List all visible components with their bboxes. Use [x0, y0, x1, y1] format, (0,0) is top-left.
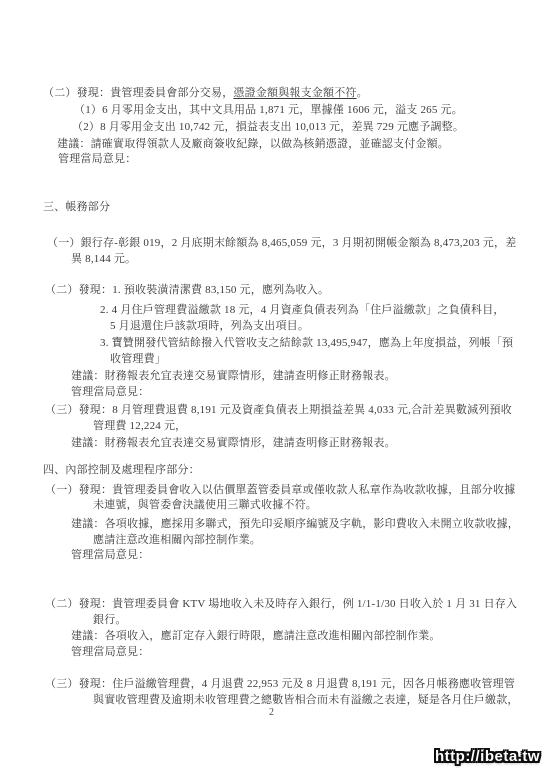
text-segment: 建議：財務報表允宜表達交易實際情形，建請查明修正財務報表。	[71, 370, 396, 382]
text-segment: （二）發現：1. 預收裝潢清潔費 83,150 元，應列為收入。	[45, 284, 329, 296]
text-segment: 收管理費」	[110, 353, 166, 365]
text-segment: 應請注意改進相關內部控制作業。	[93, 534, 261, 546]
text-line: 管理當局意見：	[58, 152, 136, 166]
text-line: （三）發現：8 月管理費退費 8,191 元及資產負債表上期損益差異 4,033…	[45, 403, 512, 417]
text-segment: 2. 4 月住戶管理費溢繳款 18 元，4 月資產負債表列為「住戶溢繳款」之負債…	[100, 304, 505, 316]
watermark-ibeta: http://ibeta.tw	[435, 748, 540, 765]
text-line: （三）發現：住戶溢繳管理費，4 月退費 22,953 元及 8 月退費 8,19…	[45, 677, 515, 691]
text-line: 收管理費」	[110, 352, 166, 366]
page-number: 2	[0, 707, 543, 718]
text-line: （二）發現：貴管理委員會部分交易，憑證金額與報支金額不符。	[43, 86, 368, 100]
text-segment: （二）發現：貴管理委員會部分交易，	[43, 87, 233, 99]
text-line: 管理當局意見：	[71, 645, 149, 659]
text-line: 四、內部控制及處理程序部分：	[43, 463, 200, 477]
text-segment: 3. 寶贊開發代管結餘撥入代管收支之結餘款 13,495,947，應為上年度損益…	[100, 337, 513, 349]
text-segment: （三）發現：住戶溢繳管理費，4 月退費 22,953 元及 8 月退費 8,19…	[45, 678, 515, 690]
text-line: 應請注意改進相關內部控制作業。	[93, 533, 261, 547]
text-line: 三、帳務部分	[43, 200, 110, 214]
text-line: （2）8 月零用金支出 10,742 元，損益表支出 10,013 元，差異 7…	[72, 120, 464, 134]
text-line: （一）發現：貴管理委員會收入以估價單蓋管委員章或僅收款人私章作為收款收據，且部分…	[45, 483, 515, 497]
text-segment: 三、帳務部分	[43, 201, 110, 213]
text-segment: 管理當局意見：	[71, 386, 149, 398]
text-line: 建議：財務報表允宜表達交易實際情形，建請查明修正財務報表。	[71, 436, 396, 450]
text-segment: 5 月退還住戶該款項時，列為支出項目。	[110, 320, 309, 332]
text-segment: 建議：財務報表允宜表達交易實際情形，建請查明修正財務報表。	[71, 437, 396, 449]
text-line: 3. 寶贊開發代管結餘撥入代管收支之結餘款 13,495,947，應為上年度損益…	[100, 336, 513, 350]
text-line: 與實收管理費及逾期未收管理費之總數皆相合而未有溢繳之表達，疑是各月住戶繳款，	[93, 693, 519, 707]
text-line: 管理當局意見：	[71, 548, 149, 562]
text-line: （1）6 月零用金支出，其中文具用品 1,871 元，單據僅 1606 元，溢支…	[74, 103, 463, 117]
text-segment: 未連號，與管委會決議使用三聯式收據不符。	[93, 499, 317, 511]
text-segment: 與實收管理費及逾期未收管理費之總數皆相合而未有溢繳之表達，疑是各月住戶繳款，	[93, 694, 519, 706]
underlined-text: 憑證金額與報支金額不符	[233, 87, 356, 99]
text-line: 建議：財務報表允宜表達交易實際情形，建請查明修正財務報表。	[71, 369, 396, 383]
text-segment: 管理當局意見：	[71, 646, 149, 658]
document-page: （二）發現：貴管理委員會部分交易，憑證金額與報支金額不符。（1）6 月零用金支出…	[0, 0, 543, 768]
text-line: 未連號，與管委會決議使用三聯式收據不符。	[93, 498, 317, 512]
text-line: （一）銀行存-彰銀 019，2 月底期末餘額為 8,465,059 元，3 月期…	[47, 236, 516, 250]
text-line: 5 月退還住戶該款項時，列為支出項目。	[110, 319, 309, 333]
text-segment: （一）銀行存-彰銀 019，2 月底期末餘額為 8,465,059 元，3 月期…	[47, 237, 516, 249]
text-segment: 建議：各項收據，應採用多聯式，預先印妥順序編號及字軌，影印費收入未開立收款收據，	[71, 518, 519, 530]
text-line: 管理當局意見：	[71, 385, 149, 399]
text-segment: 管理當局意見：	[71, 549, 149, 561]
text-segment: 管理當局意見：	[58, 153, 136, 165]
text-line: 建議：各項收入，應訂定存入銀行時限，應請注意改進相關內部控制作業。	[71, 629, 441, 643]
text-line: 2. 4 月住戶管理費溢繳款 18 元，4 月資產負債表列為「住戶溢繳款」之負債…	[100, 303, 505, 317]
text-line: （二）發現：1. 預收裝潢清潔費 83,150 元，應列為收入。	[45, 283, 329, 297]
text-segment: 建議：請確實取得領款人及廠商簽收紀錄，以做為核銷憑證，並確認支付金額。	[57, 138, 449, 150]
text-segment: 異 8,144 元。	[71, 253, 136, 265]
text-segment: 銀行。	[93, 614, 127, 626]
text-segment: （1）6 月零用金支出，其中文具用品 1,871 元，單據僅 1606 元，溢支…	[74, 104, 463, 116]
text-line: 管理費 12,224 元，	[93, 419, 186, 433]
text-segment: 。	[357, 87, 368, 99]
text-line: 異 8,144 元。	[71, 252, 136, 266]
text-segment: 四、內部控制及處理程序部分：	[43, 464, 200, 476]
text-segment: （二）發現：貴管理委員會 KTV 場地收入未及時存入銀行，例 1/1-1/30 …	[45, 598, 517, 610]
text-line: （二）發現：貴管理委員會 KTV 場地收入未及時存入銀行，例 1/1-1/30 …	[45, 597, 517, 611]
text-segment: （三）發現：8 月管理費退費 8,191 元及資產負債表上期損益差異 4,033…	[45, 404, 512, 416]
text-segment: （2）8 月零用金支出 10,742 元，損益表支出 10,013 元，差異 7…	[72, 121, 464, 133]
text-line: 建議：各項收據，應採用多聯式，預先印妥順序編號及字軌，影印費收入未開立收款收據，	[71, 517, 519, 531]
text-line: 銀行。	[93, 613, 127, 627]
text-line: 建議：請確實取得領款人及廠商簽收紀錄，以做為核銷憑證，並確認支付金額。	[57, 137, 449, 151]
text-segment: （一）發現：貴管理委員會收入以估價單蓋管委員章或僅收款人私章作為收款收據，且部分…	[45, 484, 515, 496]
text-segment: 管理費 12,224 元，	[93, 420, 186, 432]
text-segment: 建議：各項收入，應訂定存入銀行時限，應請注意改進相關內部控制作業。	[71, 630, 441, 642]
